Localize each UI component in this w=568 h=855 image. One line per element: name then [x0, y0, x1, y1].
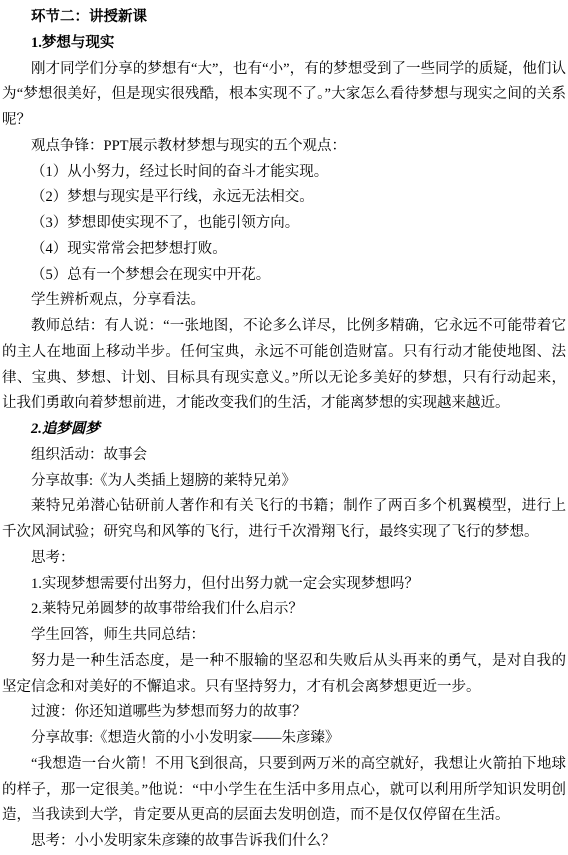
paragraph: 思考：	[2, 546, 566, 572]
paragraph: 过渡：你还知道哪些为梦想而努力的故事？	[2, 700, 566, 726]
paragraph: （3）梦想即使实现不了，也能引领方向。	[2, 211, 566, 237]
document-body: 环节二：讲授新课1.梦想与现实刚才同学们分享的梦想有“大”，也有“小”，有的梦想…	[0, 0, 568, 855]
paragraph: （5）总有一个梦想会在现实中开花。	[2, 263, 566, 289]
paragraph: （2）梦想与现实是平行线，永远无法相交。	[2, 185, 566, 211]
paragraph: “我想造一台火箭！不用飞到很高，只要到两万米的高空就好，我想让火箭拍下地球的样子…	[2, 752, 566, 829]
paragraph: 分享故事:《为人类插上翅膀的莱特兄弟》	[2, 469, 566, 495]
paragraph: 莱特兄弟潜心钻研前人著作和有关飞行的书籍；制作了两百多个机翼模型，进行上千次风洞…	[2, 494, 566, 546]
paragraph: 分享故事:《想造火箭的小小发明家——朱彦臻》	[2, 726, 566, 752]
paragraph: 努力是一种生活态度，是一种不服输的坚忍和失败后从头再来的勇气，是对自我的坚定信念…	[2, 649, 566, 701]
paragraph: 学生辨析观点，分享看法。	[2, 288, 566, 314]
paragraph: 组织活动：故事会	[2, 443, 566, 469]
paragraph: （4）现实常常会把梦想打败。	[2, 237, 566, 263]
paragraph: 刚才同学们分享的梦想有“大”，也有“小”，有的梦想受到了一些同学的质疑，他们认为…	[2, 57, 566, 134]
paragraph: 2.莱特兄弟圆梦的故事带给我们什么启示？	[2, 597, 566, 623]
paragraph: （1）从小努力，经过长时间的奋斗才能实现。	[2, 160, 566, 186]
paragraph: 教师总结：有人说：“一张地图，不论多么详尽，比例多精确，它永远不可能带着它的主人…	[2, 314, 566, 417]
paragraph: 观点争锋：PPT展示教材梦想与现实的五个观点：	[2, 134, 566, 160]
section-heading: 1.梦想与现实	[2, 31, 566, 57]
section-heading: 环节二：讲授新课	[2, 5, 566, 31]
paragraph: 1.实现梦想需要付出努力，但付出努力就一定会实现梦想吗？	[2, 572, 566, 598]
section-heading: 2.追梦圆梦	[2, 417, 566, 443]
paragraph: 学生回答，师生共同总结：	[2, 623, 566, 649]
